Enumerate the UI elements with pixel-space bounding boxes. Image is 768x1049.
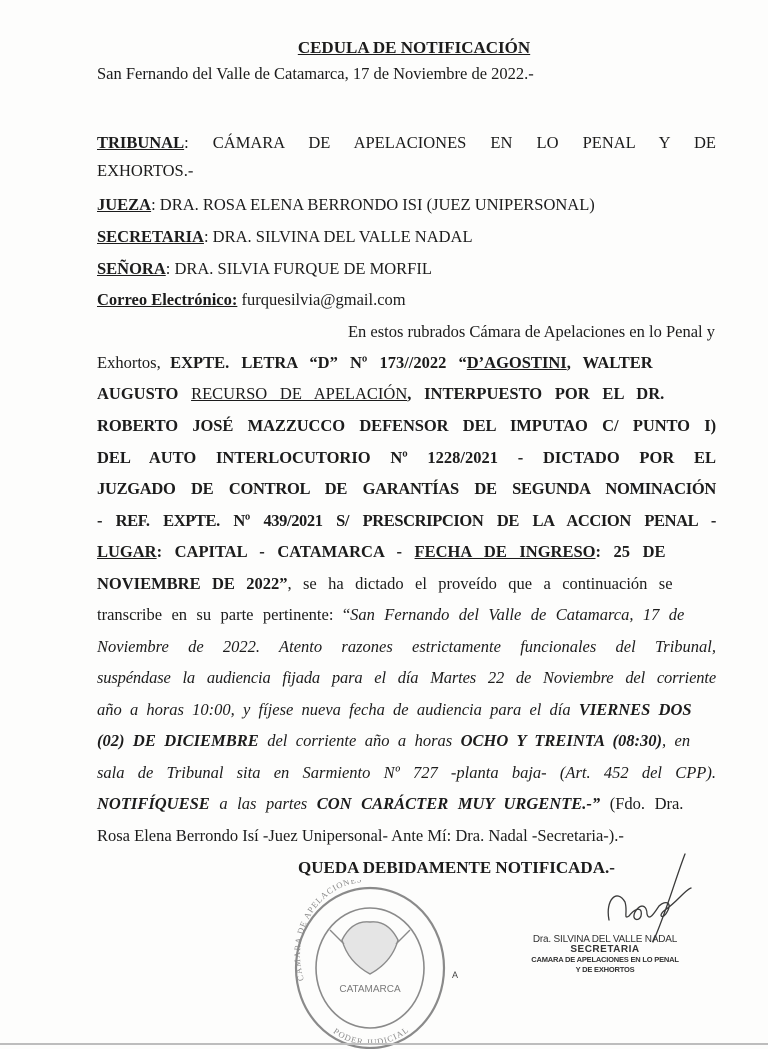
- document-page: CEDULA DE NOTIFICACIÓN San Fernando del …: [0, 0, 768, 1049]
- body-line-1: En estos rubrados Cámara de Apelaciones …: [348, 322, 715, 342]
- court-seal-stamp: CATAMARCA CAMARA DE APELACIONES PODER JU…: [290, 880, 450, 1049]
- tribunal-field: TRIBUNAL: CÁMARA DE APELACIONES EN LO PE…: [97, 133, 716, 153]
- correo-field: Correo Electrónico: furquesilvia@gmail.c…: [97, 290, 406, 310]
- body-line-3: AUGUSTO RECURSO DE APELACIÓN, INTERPUEST…: [97, 384, 664, 404]
- body-line-16: NOTIFÍQUESE a las partes CON CARÁCTER MU…: [97, 794, 683, 814]
- lugar-label: LUGAR: [97, 542, 157, 561]
- text-span: , WALTER: [567, 353, 653, 372]
- text-span: del corriente año a horas: [259, 731, 461, 750]
- text-span: transcribe en su parte pertinente: “: [97, 605, 350, 624]
- signature-block: Dra. SILVINA DEL VALLE NADAL SECRETARIA …: [505, 935, 705, 975]
- text-span: AUGUSTO: [97, 384, 191, 403]
- text-span: San Fernando del Valle de Catamarca, 17 …: [350, 605, 684, 624]
- urgency: CON CARÁCTER MUY URGENTE.-”: [317, 794, 600, 813]
- signer-org-line2: Y DE EXHORTOS: [505, 965, 705, 975]
- text-span: , se ha dictado el proveído que a contin…: [288, 574, 673, 593]
- text-span: año a horas 10:00, y fíjese nueva fecha …: [97, 700, 579, 719]
- text-span: NOVIEMBRE DE 2022”: [97, 574, 288, 593]
- body-line-11: Noviembre de 2022. Atento razones estric…: [97, 637, 716, 657]
- body-line-12: suspéndase la audiencia fijada para el d…: [97, 668, 716, 688]
- body-line-10: transcribe en su parte pertinente: “San …: [97, 605, 684, 625]
- text-span: , en: [662, 731, 690, 750]
- tribunal-value: : CÁMARA DE APELACIONES EN LO PENAL Y DE: [184, 133, 716, 152]
- body-line-15: sala de Tribunal sita en Sarmiento Nº 72…: [97, 763, 716, 783]
- text-span: Exhortos,: [97, 353, 170, 372]
- body-line-14: (02) DE DICIEMBRE del corriente año a ho…: [97, 731, 690, 751]
- senora-label: SEÑORA: [97, 259, 166, 278]
- body-line-7: - REF. EXPTE. Nº 439/2021 S/ PRESCRIPCIO…: [97, 511, 716, 531]
- signer-org-line1: CAMARA DE APELACIONES EN LO PENAL: [505, 955, 705, 965]
- new-date: (02) DE DICIEMBRE: [97, 731, 259, 750]
- secretaria-field: SECRETARIA: DRA. SILVINA DEL VALLE NADAL: [97, 227, 473, 247]
- handwritten-signature: [595, 850, 695, 945]
- correo-value: furquesilvia@gmail.com: [237, 290, 405, 309]
- closing-statement: QUEDA DEBIDAMENTE NOTIFICADA.-: [298, 858, 615, 878]
- new-time: OCHO Y TREINTA (08:30): [461, 731, 662, 750]
- stamp-side-letter: A: [452, 970, 458, 980]
- jueza-field: JUEZA: DRA. ROSA ELENA BERRONDO ISI (JUE…: [97, 195, 595, 215]
- jueza-value: : DRA. ROSA ELENA BERRONDO ISI (JUEZ UNI…: [151, 195, 595, 214]
- page-bottom-edge: [0, 1043, 768, 1045]
- senora-field: SEÑORA: DRA. SILVIA FURQUE DE MORFIL: [97, 259, 432, 279]
- correo-label: Correo Electrónico:: [97, 290, 237, 309]
- body-line-5: DEL AUTO INTERLOCUTORIO Nº 1228/2021 - D…: [97, 448, 716, 468]
- text-span: (Fdo. Dra.: [600, 794, 683, 813]
- svg-text:CATAMARCA: CATAMARCA: [339, 984, 401, 995]
- senora-value: : DRA. SILVIA FURQUE DE MORFIL: [166, 259, 432, 278]
- body-line-17: Rosa Elena Berrondo Isí -Juez Unipersona…: [97, 826, 624, 846]
- body-line-13: año a horas 10:00, y fíjese nueva fecha …: [97, 700, 692, 720]
- text-span: : CAPITAL - CATAMARCA -: [157, 542, 415, 561]
- text-span: , INTERPUESTO POR EL DR.: [407, 384, 664, 403]
- notifiquese: NOTIFÍQUESE: [97, 794, 210, 813]
- new-date: VIERNES DOS: [579, 700, 692, 719]
- body-line-9: NOVIEMBRE DE 2022”, se ha dictado el pro…: [97, 574, 673, 594]
- party-name: D’AGOSTINI: [467, 353, 567, 372]
- tribunal-label: TRIBUNAL: [97, 133, 184, 152]
- body-line-6: JUZGADO DE CONTROL DE GARANTÍAS DE SEGUN…: [97, 479, 716, 499]
- fecha-ingreso-label: FECHA DE INGRESO: [415, 542, 596, 561]
- secretaria-label: SECRETARIA: [97, 227, 204, 246]
- body-line-2: Exhortos, EXPTE. LETRA “D” Nº 173//2022 …: [97, 353, 653, 373]
- place-date: San Fernando del Valle de Catamarca, 17 …: [97, 64, 534, 84]
- text-span: a las partes: [210, 794, 317, 813]
- text-span: : 25 DE: [596, 542, 666, 561]
- jueza-label: JUEZA: [97, 195, 151, 214]
- expte-number: EXPTE. LETRA “D” Nº 173//2022 “: [170, 353, 467, 372]
- recurso-label: RECURSO DE APELACIÓN: [191, 384, 407, 403]
- body-line-4: ROBERTO JOSÉ MAZZUCCO DEFENSOR DEL IMPUT…: [97, 416, 716, 436]
- body-line-8: LUGAR: CAPITAL - CATAMARCA - FECHA DE IN…: [97, 542, 666, 562]
- secretaria-value: : DRA. SILVINA DEL VALLE NADAL: [204, 227, 473, 246]
- signer-role: SECRETARIA: [505, 945, 705, 955]
- document-title: CEDULA DE NOTIFICACIÓN: [0, 38, 768, 58]
- tribunal-value-cont: EXHORTOS.-: [97, 161, 193, 181]
